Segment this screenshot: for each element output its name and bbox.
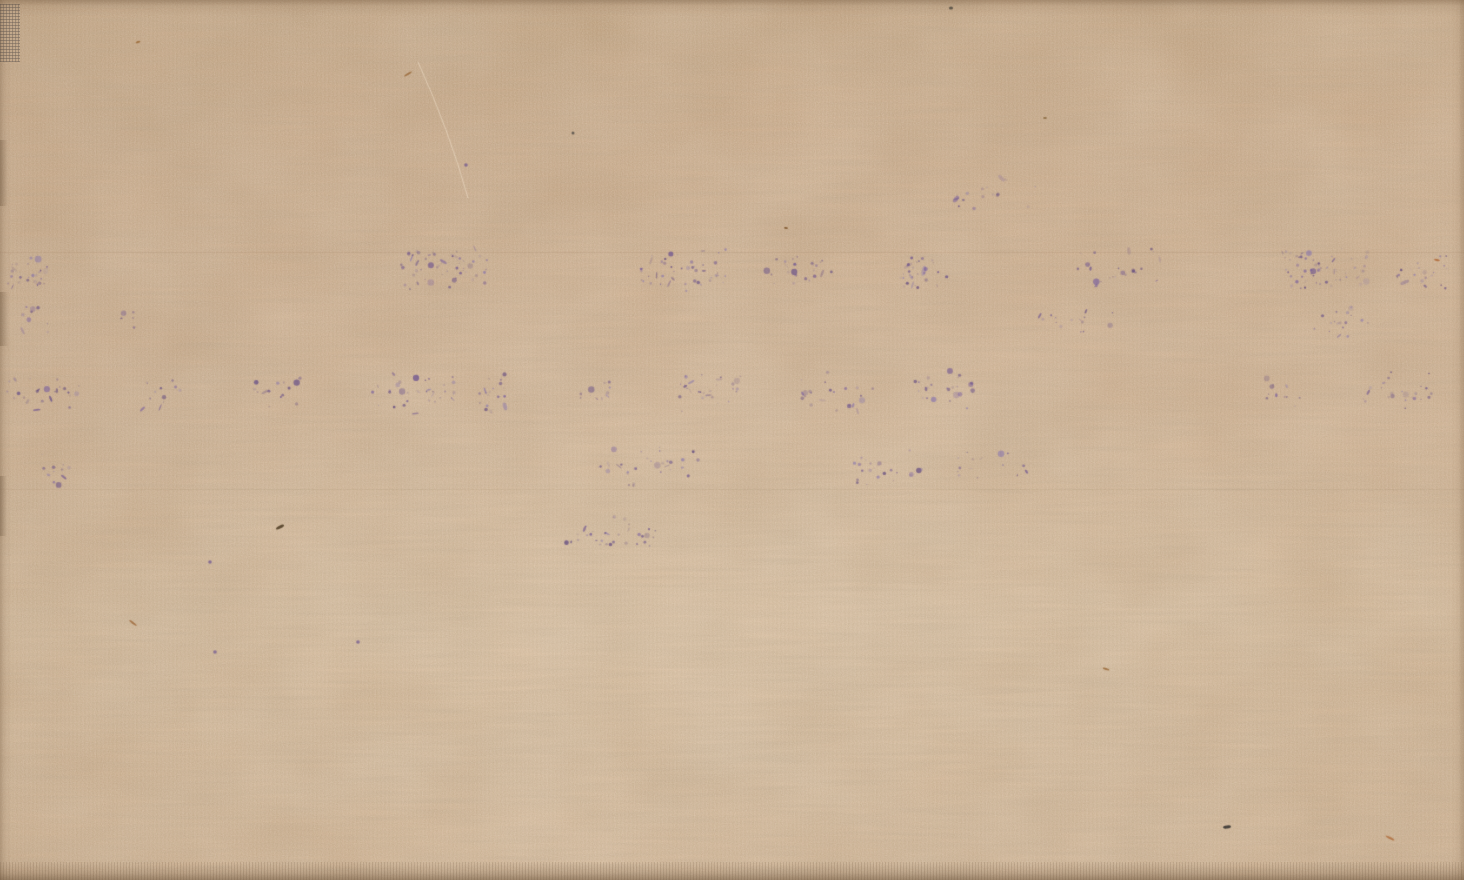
paper-fiber-texture (0, 0, 1464, 880)
left-edge-smudge (0, 292, 9, 346)
left-edge-smudge (0, 140, 8, 206)
faded-ink-layer (0, 0, 1464, 880)
bottom-edge-texture (0, 862, 1464, 880)
left-edge-smudge (0, 476, 7, 536)
paper-grain-texture (0, 0, 1464, 880)
postcard-scan (0, 0, 1464, 880)
top-left-halftone-artifact (0, 4, 20, 62)
paper-mottle-texture (0, 0, 1464, 880)
edge-vignette (0, 0, 1464, 880)
